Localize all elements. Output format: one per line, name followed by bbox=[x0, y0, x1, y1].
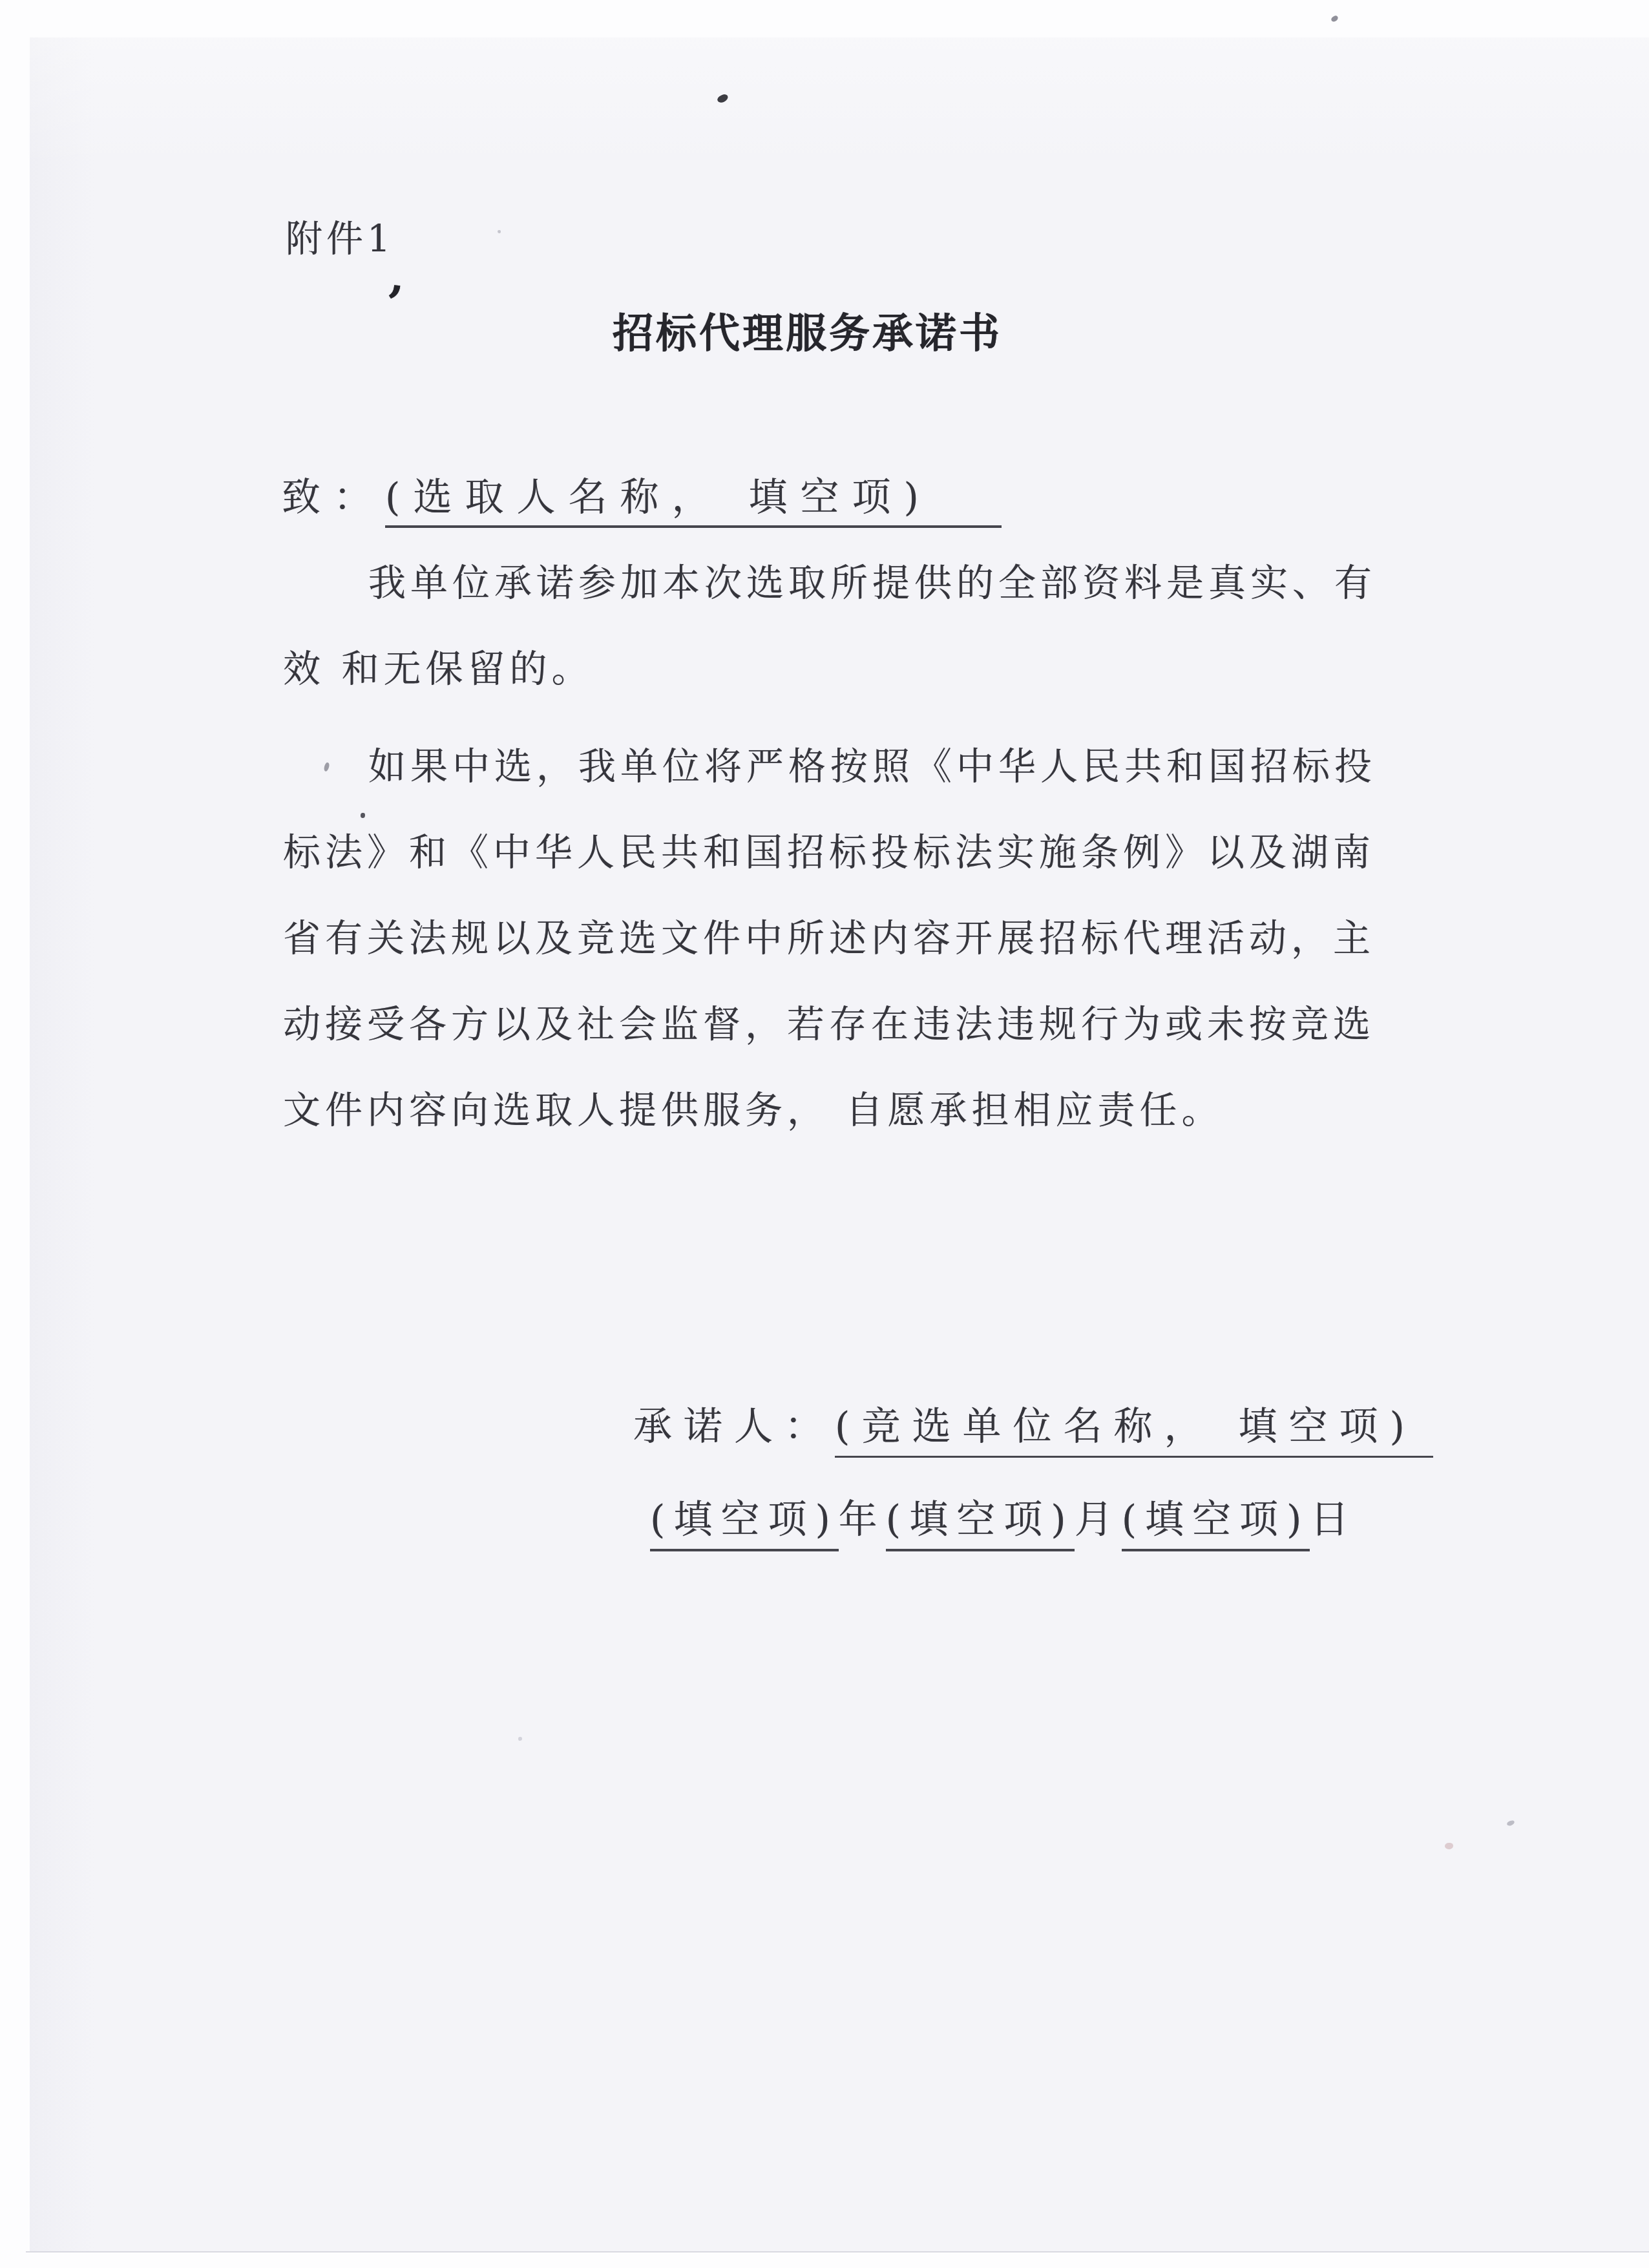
salutation-line: 致：(选取人名称， 填空项) bbox=[282, 478, 1002, 517]
date-day-label: 日 bbox=[1310, 1497, 1357, 1542]
salutation-blank-field: (选取人名称， 填空项) bbox=[385, 475, 1002, 528]
scanner-edge-line bbox=[26, 2251, 1649, 2252]
date-month-blank: (填空项) bbox=[886, 1497, 1075, 1551]
scanned-page: 附件1 招标代理服务承诺书 致：(选取人名称， 填空项) 我单位承诺参加本次选取… bbox=[0, 0, 1649, 2268]
attachment-label: 附件1 bbox=[286, 221, 394, 258]
paragraph-commitment: 我单位承诺参加本次选取所提供的全部资料是真实、有 效 和无保留的。 bbox=[283, 540, 1433, 712]
date-day-blank: (填空项) bbox=[1122, 1497, 1310, 1551]
body-paragraphs: 我单位承诺参加本次选取所提供的全部资料是真实、有 效 和无保留的。 如果中选，我… bbox=[283, 540, 1433, 1153]
date-year-label: 年 bbox=[839, 1497, 886, 1542]
signature-blank-field: (竞选单位名称， 填空项) bbox=[835, 1404, 1433, 1458]
salutation-prefix: 致： bbox=[282, 475, 385, 520]
date-line: (填空项)年(填空项)月(填空项)日 bbox=[650, 1500, 1357, 1539]
signature-line: 承诺人：(竞选单位名称， 填空项) bbox=[633, 1407, 1433, 1446]
date-year-blank: (填空项) bbox=[650, 1497, 839, 1551]
ink-speck bbox=[1330, 15, 1339, 23]
date-month-label: 月 bbox=[1075, 1497, 1122, 1542]
paragraph-compliance: 如果中选，我单位将严格按照《中华人民共和国招标投 标法》和《中华人民共和国招标投… bbox=[283, 724, 1433, 1153]
signature-prefix: 承诺人： bbox=[633, 1404, 835, 1449]
document-title: 招标代理服务承诺书 bbox=[613, 313, 1002, 353]
